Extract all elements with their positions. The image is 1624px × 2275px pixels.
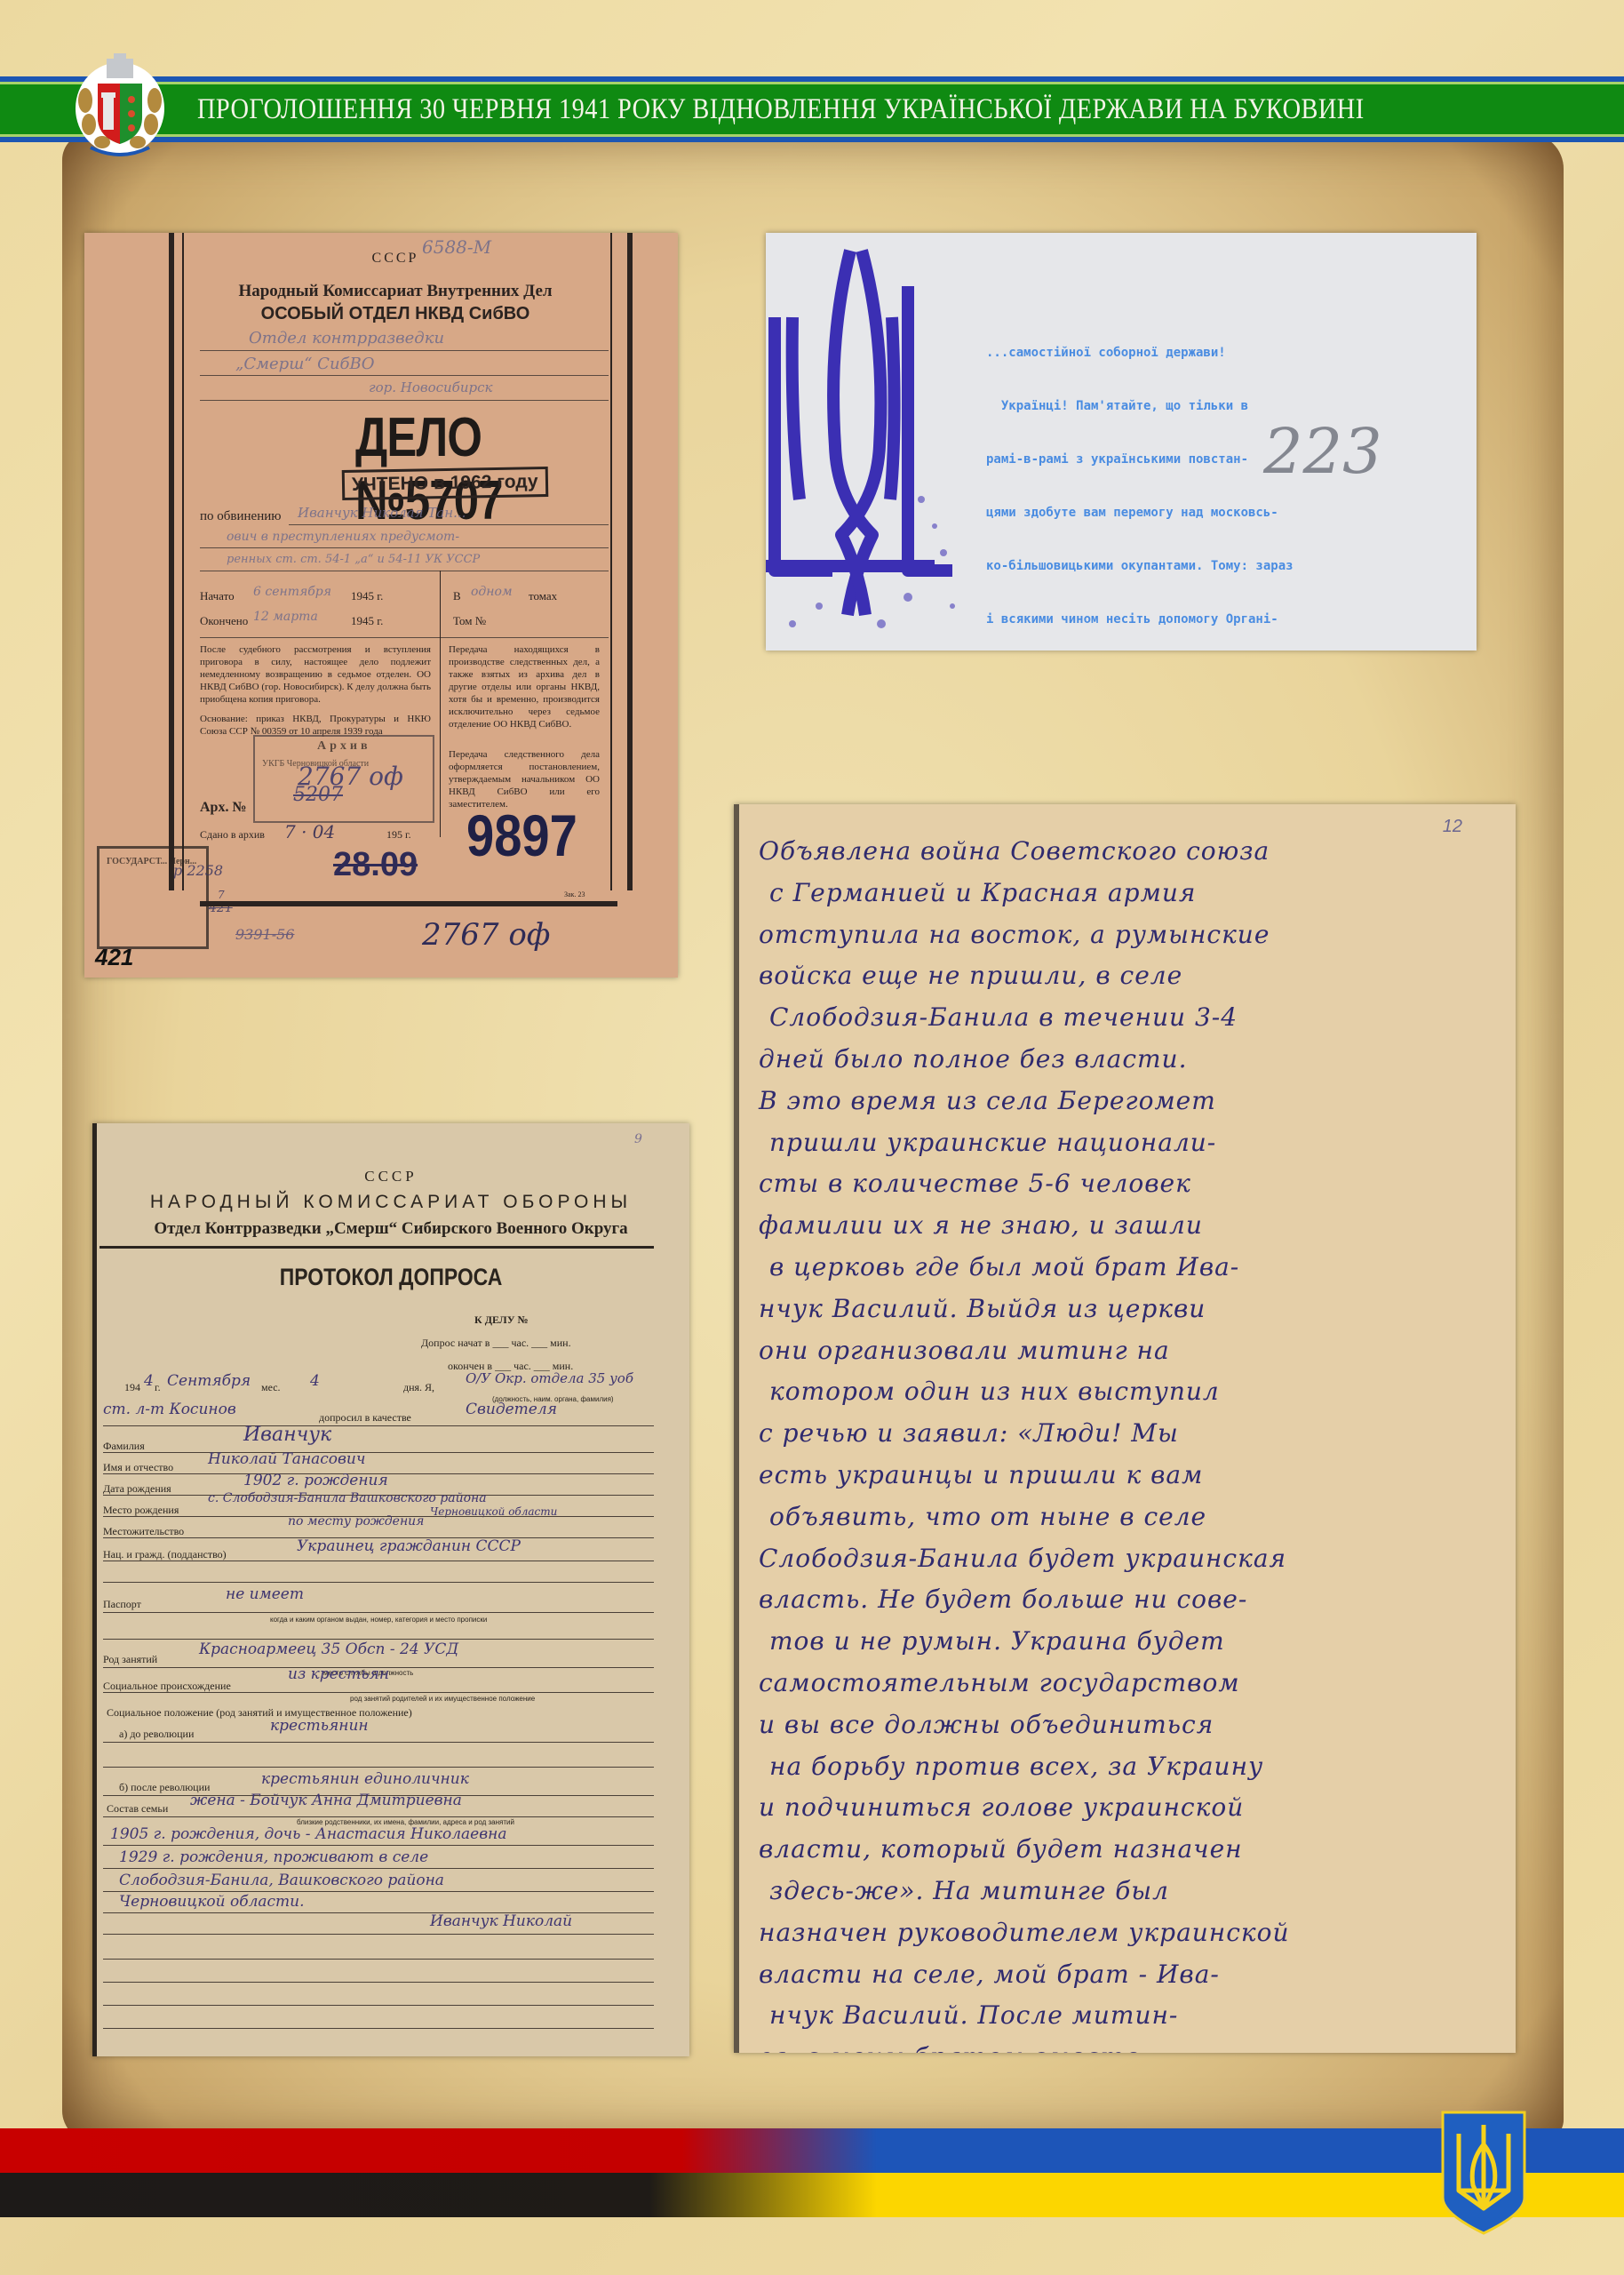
case-ref: К ДЕЛУ №	[474, 1313, 529, 1327]
signature: Иванчук Николай	[430, 1912, 572, 1930]
family-line-3: Слободзия-Банила, Вашковского района	[119, 1872, 444, 1889]
line	[103, 1639, 654, 1640]
testimony-line: назначен руководителем украинской	[759, 1912, 1505, 1954]
basis-notice: Основание: приказ НКВД, Прокуратуры и НК…	[200, 713, 431, 738]
date-year: 4	[144, 1372, 154, 1390]
accusation-line-1: Иванчук Николая Тан...	[298, 505, 466, 521]
return-notice: После судебного рассмотрения и вступлени…	[200, 643, 431, 706]
testimony-line: В это время из села Берегомет	[759, 1081, 1505, 1122]
testimony-line: они организовали митинг на	[759, 1330, 1505, 1372]
line	[200, 571, 609, 571]
started-time: Допрос начат в ___ час. ___ мин.	[421, 1337, 571, 1350]
field-value-passport: не имеет	[226, 1585, 304, 1603]
header-rule	[100, 1246, 654, 1249]
crossed-bottom-number: 9391-56	[235, 926, 294, 943]
flag-band-top	[0, 2128, 1624, 2173]
line	[103, 1845, 654, 1846]
leaflet-line: ...самостійної соборної держави!	[986, 344, 1466, 362]
field-value-name: Николай Танасович	[208, 1450, 365, 1468]
testimony-line: котором один из них выступил	[759, 1371, 1505, 1413]
volumes-value: одном	[471, 585, 513, 599]
line	[103, 2005, 654, 2006]
as-value: Свидетеля	[466, 1401, 557, 1418]
volumes-label: В	[453, 590, 461, 603]
field-value-occupation: Красноармеец 35 Обсп - 24 УСД	[199, 1640, 458, 1658]
testimony-line: Слободзия-Банила в течении 3-4	[759, 997, 1505, 1039]
accusation-label: по обвинению	[200, 510, 281, 523]
field-label-name: Имя и отчество	[103, 1461, 173, 1474]
country-label: СССР	[200, 251, 591, 267]
testimony-line: здесь-же». На митинге был	[759, 1871, 1505, 1912]
field-label-residence: Местожительство	[103, 1525, 184, 1538]
volumes-suffix: томах	[529, 590, 557, 603]
volume-no-label: Том №	[453, 615, 486, 627]
accusation-line-3: ренных ст. ст. 54-1 „а“ и 54-11 УК УССР	[227, 553, 480, 566]
testimony-line: нчук Василий. Выйдя из церкви	[759, 1289, 1505, 1330]
line	[103, 1959, 654, 1960]
testimony-line: га, с моим братом вместе	[759, 2037, 1505, 2053]
line	[103, 1452, 654, 1453]
ministry-label: Народный Комиссариат Внутренних Дел	[191, 282, 600, 301]
column-divider	[440, 571, 441, 837]
line	[103, 1612, 654, 1613]
testimony-line: тов и не румын. Украина будет	[759, 1621, 1505, 1663]
testimony-line: дней было полное без власти.	[759, 1039, 1505, 1081]
document-title: ПРОТОКОЛ ДОПРОСА	[137, 1264, 644, 1291]
line	[103, 2028, 654, 2029]
date-day: 4	[310, 1372, 320, 1390]
interrogation-protocol: 9 СССР НАРОДНЫЙ КОМИССАРИАТ ОБОРОНЫ Отде…	[92, 1123, 689, 2056]
field-value-residence: по месту рождения	[288, 1514, 424, 1529]
line	[200, 547, 609, 548]
registered-stamp: УЧТЕНО в 1962 году	[342, 467, 548, 500]
testimony-line: пришли украинские национали-	[759, 1122, 1505, 1164]
date-month-label: г.	[155, 1381, 161, 1394]
department-label: Отдел Контрразведки „Смерш“ Сибирского В…	[92, 1219, 689, 1239]
oun-leaflet: ...самостійної соборної держави! Українц…	[766, 233, 1477, 651]
line	[103, 1868, 654, 1869]
print-mark: Зак. 23	[564, 889, 585, 901]
line	[200, 350, 609, 351]
testimony-line: сты в количестве 5-6 человек	[759, 1163, 1505, 1205]
line	[103, 1561, 654, 1561]
field-value-after-revolution: крестьянин единоличник	[261, 1770, 469, 1788]
line	[103, 1692, 654, 1693]
flag-band-bottom	[0, 2173, 1624, 2217]
field-label-before-revolution: а) до революции	[119, 1728, 194, 1741]
testimony-line: власть. Не будет больше ни сове-	[759, 1579, 1505, 1621]
archive-stamp-label: Архив	[317, 740, 371, 753]
officer-title: О/У Окр. отдела 35 уоб	[466, 1370, 633, 1386]
date-month: Сентября	[167, 1372, 251, 1390]
ended-label: Окончено	[200, 615, 248, 627]
date-prefix: 194	[124, 1381, 140, 1394]
started-label: Начато	[200, 590, 235, 603]
field-value-surname: Иванчук	[243, 1424, 331, 1446]
line	[103, 1582, 654, 1583]
ended-year: 1945 г.	[351, 615, 383, 627]
case-file-cover: 6588-М СССР Народный Комиссариат Внутрен…	[84, 233, 678, 978]
leaflet-line: Українці! Пам'ятайте, що тільки в	[986, 397, 1466, 415]
line	[103, 1982, 654, 1983]
ministry-label: НАРОДНЫЙ КОМИССАРИАТ ОБОРОНЫ	[92, 1192, 689, 1213]
testimony-line: власти, который будет назначен	[759, 1829, 1505, 1871]
line	[103, 1816, 654, 1817]
bottom-rule	[200, 901, 617, 906]
ukrainian-coat-of-arms-icon	[1439, 2109, 1528, 2235]
field-value-birthdate: 1902 г. рождения	[243, 1472, 388, 1489]
field-value-origin: из крестьян	[288, 1665, 389, 1683]
testimony-line: войска еще не пришли, в селе	[759, 955, 1505, 997]
testimony-line: с речью и заявил: «Люди! Мы	[759, 1413, 1505, 1455]
field-label-nationality: Нац. и гражд. (подданство)	[103, 1548, 227, 1561]
started-value: 6 сентября	[253, 585, 331, 599]
page-edge	[734, 804, 739, 2053]
archived-label: Сдано в архив	[200, 828, 265, 841]
line	[103, 1934, 654, 1935]
field-value-birthplace: с. Слободзия-Банила Вашковского района	[208, 1491, 487, 1505]
leaflet-line: рамі-в-рамі з українськими повстан-	[986, 451, 1466, 468]
line	[103, 1425, 654, 1426]
started-year: 1945 г.	[351, 590, 383, 603]
testimony-text: Объявлена война Советского союзас Герман…	[759, 831, 1505, 2053]
handwritten-dept-1: Отдел контрразведки	[249, 329, 444, 347]
field-label-family: Состав семьи	[107, 1802, 168, 1816]
origin-hint: род занятий родителей и их имущественное…	[350, 1695, 535, 1703]
family-line-1: 1905 г. рождения, дочь - Анастасия Никол…	[110, 1825, 506, 1843]
leaflet-line: і всякими чином несіть допомогу Органі-	[986, 611, 1466, 628]
leaflet-text: ...самостійної соборної держави! Українц…	[986, 308, 1466, 651]
testimony-line: есть украинцы и пришли к вам	[759, 1455, 1505, 1497]
testimony-line: в церковь где был мой брат Ива-	[759, 1247, 1505, 1289]
field-label-passport: Паспорт	[103, 1598, 141, 1611]
bottom-handwritten-number: 2767 оф	[422, 917, 550, 953]
page-edge	[92, 1123, 97, 2056]
line	[200, 637, 609, 638]
testimony-line: Объявлена война Советского союза	[759, 831, 1505, 873]
field-label-origin: Социальное происхождение	[103, 1680, 231, 1693]
leaflet-line: цями здобуте вам перемогу над московсь-	[986, 504, 1466, 522]
accusation-line-2: ович в преступлениях предусмот-	[227, 530, 459, 544]
department-label: ОСОБЫЙ ОТДЕЛ НКВД СибВО	[191, 304, 600, 324]
archive-number-label: Арх. №	[200, 802, 247, 814]
archived-date: 7 · 04	[284, 821, 335, 842]
testimony-line: объявить, что от ныне в селе	[759, 1497, 1505, 1538]
handwritten-testimony: 12 Объявлена война Советского союзас Гер…	[734, 804, 1516, 2053]
leaflet-line: ко-більшовицькими окупантами. Тому: зара…	[986, 557, 1466, 575]
stamp-handwritten-1: р 2258	[173, 862, 223, 879]
line	[103, 1891, 654, 1892]
date-i-label: дня. Я,	[403, 1381, 434, 1394]
field-label-birthdate: Дата рождения	[103, 1482, 171, 1496]
field-value-nationality: Украинец гражданин СССР	[297, 1537, 521, 1555]
date-day-label: мес.	[261, 1381, 281, 1394]
transfer-rules: Передача находящихся в производстве след…	[449, 643, 600, 730]
line	[289, 524, 609, 525]
handwritten-mark: 223	[1263, 415, 1382, 488]
handwritten-dept-2: „Смерш“ СибВО	[235, 355, 375, 373]
handwritten-dept-3: гор. Новосибирск	[369, 379, 492, 395]
archive-stamp-number: 9897	[466, 802, 577, 869]
ended-value: 12 марта	[253, 610, 318, 624]
testimony-line: фамилии их я не знаю, и зашли	[759, 1205, 1505, 1247]
page-number: 421	[95, 944, 133, 971]
crossed-stamp-number: 28.09	[333, 846, 418, 884]
corner-mark: 9	[634, 1132, 642, 1146]
field-label-occupation: Род занятий	[103, 1653, 157, 1666]
family-line-4: Черновицкой области.	[119, 1893, 305, 1911]
passport-hint: когда и каким органом выдан, номер, кате…	[270, 1616, 487, 1624]
country-label: СССР	[92, 1168, 689, 1185]
line	[103, 1742, 654, 1743]
as-label: допросил в качестве	[319, 1411, 411, 1425]
field-value-before-revolution: крестьянин	[270, 1717, 369, 1735]
testimony-line: и подчиниться голове украинской	[759, 1787, 1505, 1829]
testimony-line: нчук Василий. После митин-	[759, 1995, 1505, 2037]
archived-year: 195 г.	[386, 828, 411, 841]
testimony-line: на борьбу против всех, за Украину	[759, 1746, 1505, 1788]
line	[103, 1767, 654, 1768]
line	[200, 375, 609, 376]
testimony-line: власти на селе, мой брат - Ива-	[759, 1954, 1505, 1996]
testimony-line: отступила на восток, а румынские	[759, 914, 1505, 956]
stamp-handwritten-2: 7	[218, 889, 225, 901]
field-label-surname: Фамилия	[103, 1440, 145, 1453]
archive-crossed-number: 5207	[293, 784, 343, 806]
page-title: ПРОГОЛОШЕННЯ 30 ЧЕРВНЯ 1941 РОКУ ВІДНОВЛ…	[197, 85, 1365, 133]
testimony-line: Слободзия-Банила будет украинская	[759, 1538, 1505, 1580]
chernivtsi-coat-of-arms-icon	[71, 52, 169, 156]
field-label-birthplace: Место рождения	[103, 1504, 179, 1517]
testimony-line: с Германией и Красная армия	[759, 873, 1505, 914]
family-line-2: 1929 г. рождения, проживают в селе	[119, 1848, 428, 1866]
field-value-family: жена - Бойчук Анна Дмитриевна	[190, 1792, 462, 1809]
line	[200, 400, 609, 401]
testimony-line: самостоятельным государством	[759, 1663, 1505, 1704]
officer-name: ст. л-т Косинов	[103, 1401, 236, 1418]
testimony-line: и вы все должны объединиться	[759, 1704, 1505, 1746]
